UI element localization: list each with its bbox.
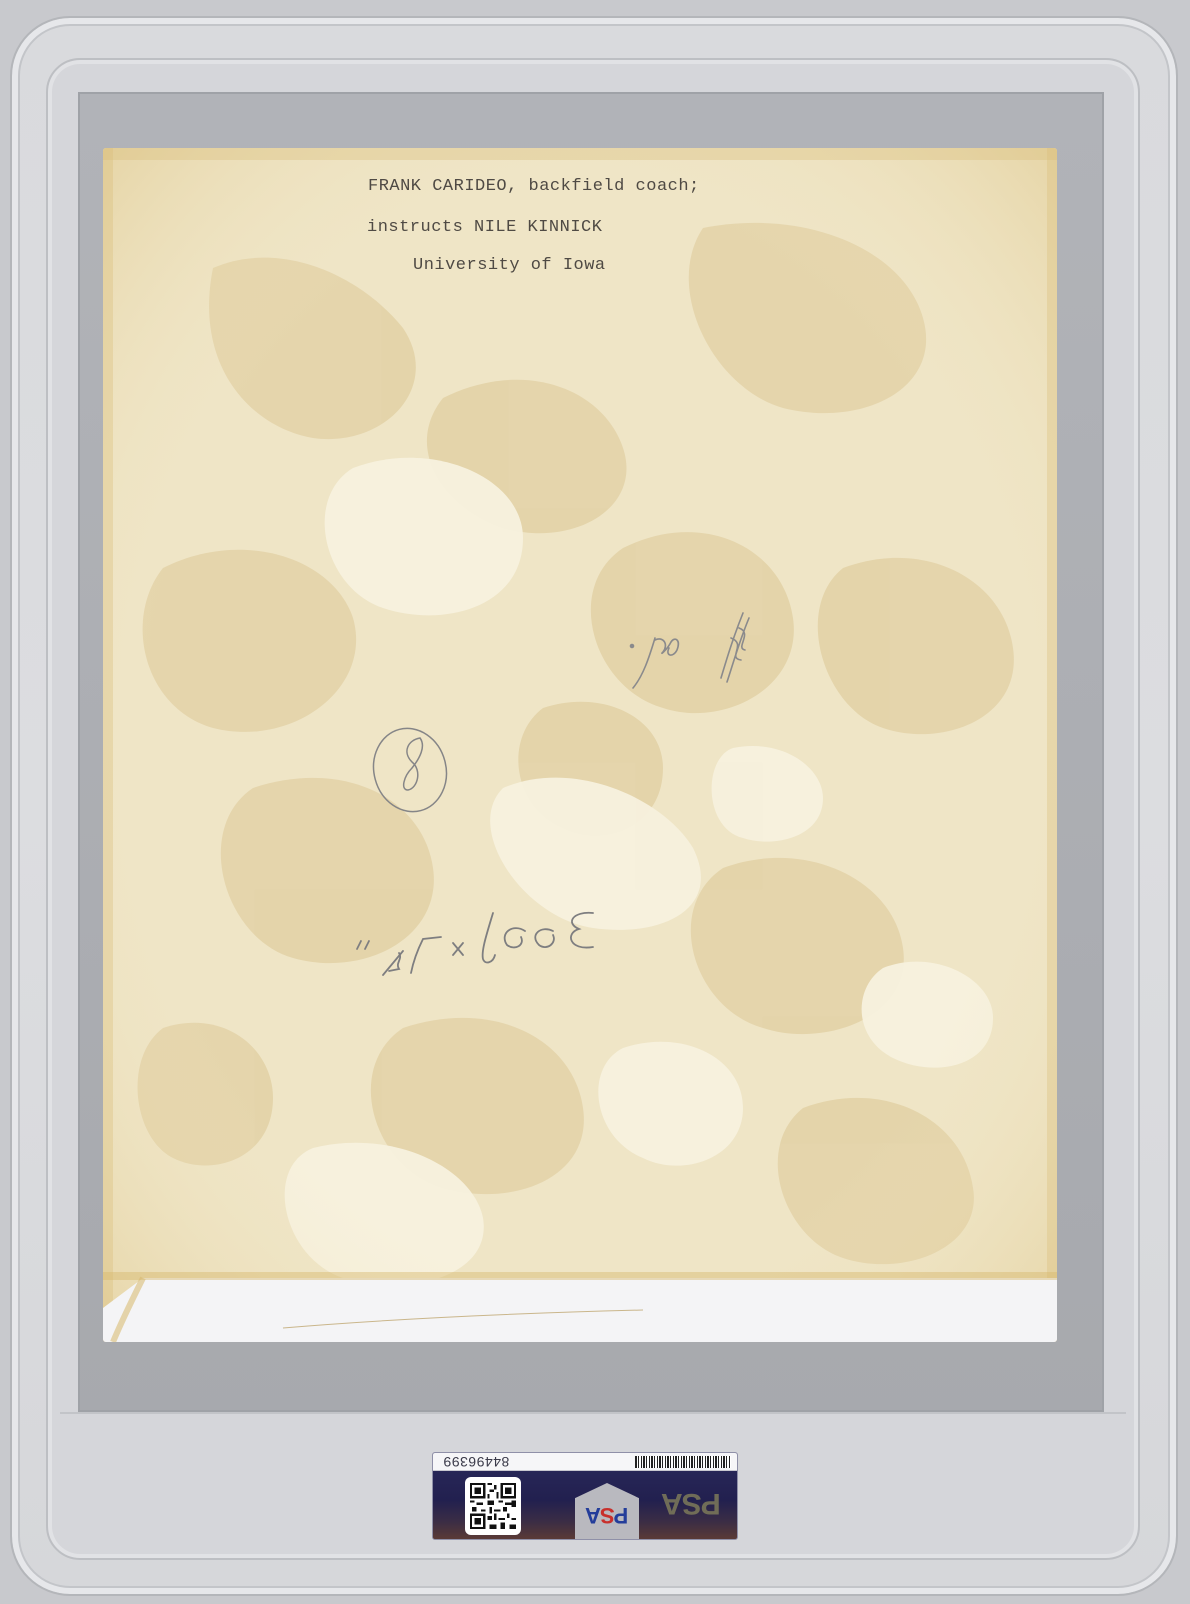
crop-notation bbox=[303, 893, 603, 983]
caption-line-2: instructs NILE KINNICK bbox=[367, 218, 602, 237]
psa-label: 84496399 PSA PSA bbox=[432, 1452, 738, 1540]
pencil-notation-top bbox=[603, 578, 763, 698]
psa-hologram-text: PSA bbox=[662, 1486, 721, 1520]
water-stains bbox=[103, 148, 1057, 1342]
psa-hologram-logo: PSA bbox=[651, 1483, 731, 1523]
cert-strip: 84496399 bbox=[433, 1453, 737, 1471]
circled-number-eight bbox=[368, 718, 458, 818]
psa-shield-logo: PSA bbox=[575, 1483, 639, 1540]
caption-line-3: University of Iowa bbox=[413, 256, 606, 275]
psa-shield-text: PSA bbox=[586, 1502, 628, 1528]
barcode-icon bbox=[635, 1456, 731, 1468]
caption-line-1: FRANK CARIDEO, backfield coach; bbox=[368, 177, 700, 196]
cert-number: 84496399 bbox=[443, 1454, 509, 1470]
qr-code-icon[interactable] bbox=[465, 1477, 521, 1535]
photo-back: FRANK CARIDEO, backfield coach; instruct… bbox=[103, 148, 1057, 1342]
